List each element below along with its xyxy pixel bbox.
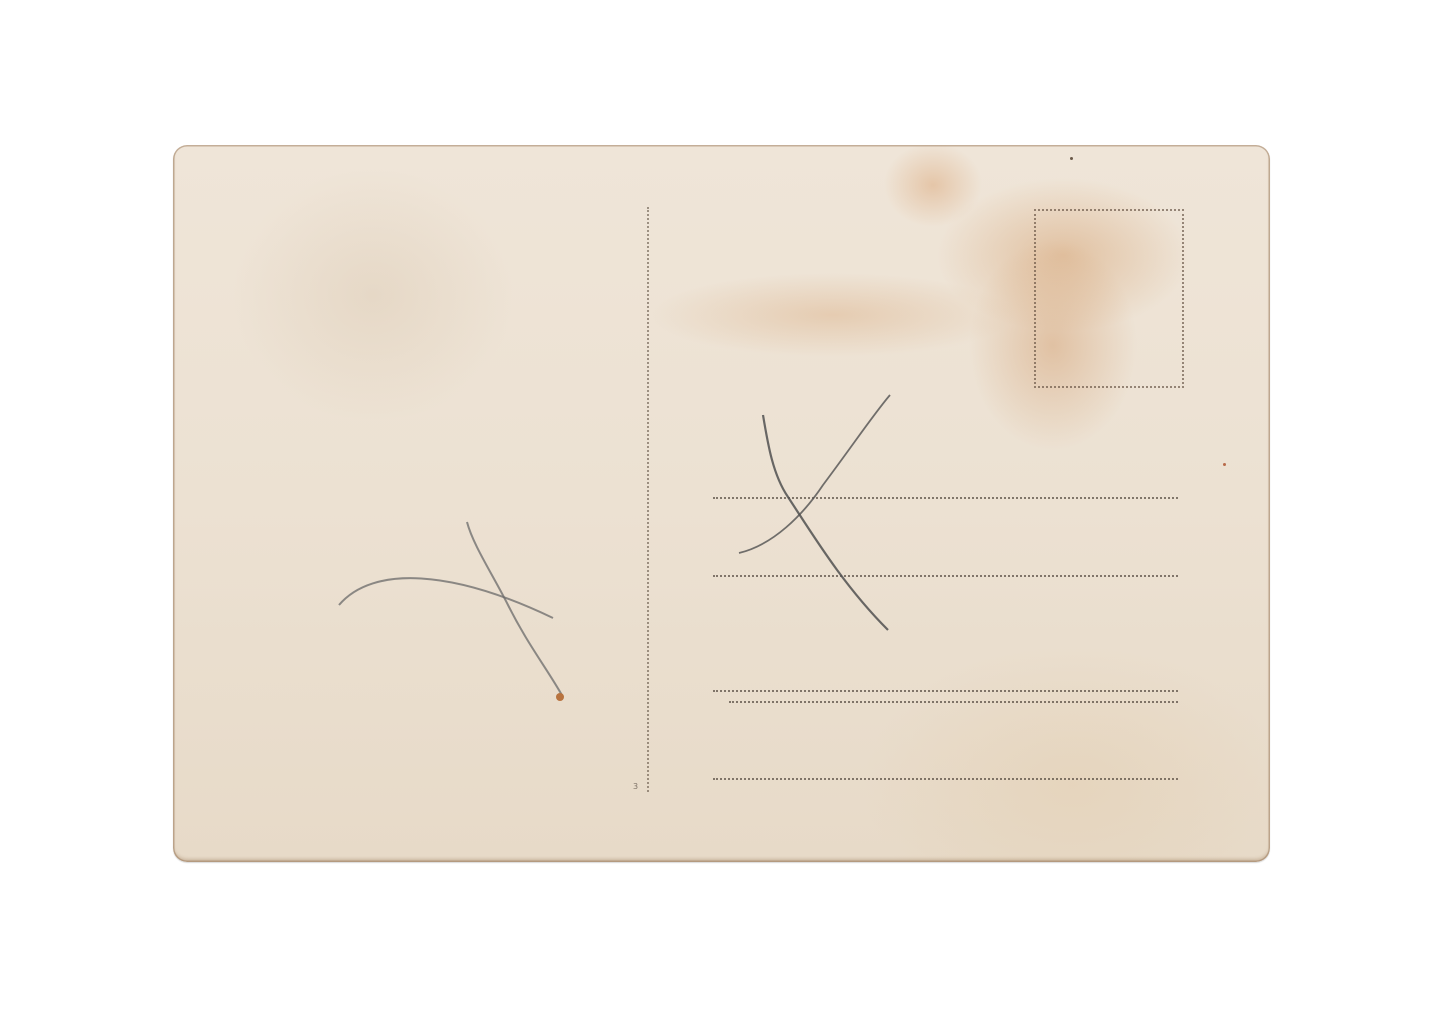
- speck: [1070, 157, 1073, 160]
- postcard-back: 3: [173, 145, 1270, 862]
- pencil-marks: [173, 145, 1270, 862]
- speck: [1223, 463, 1226, 466]
